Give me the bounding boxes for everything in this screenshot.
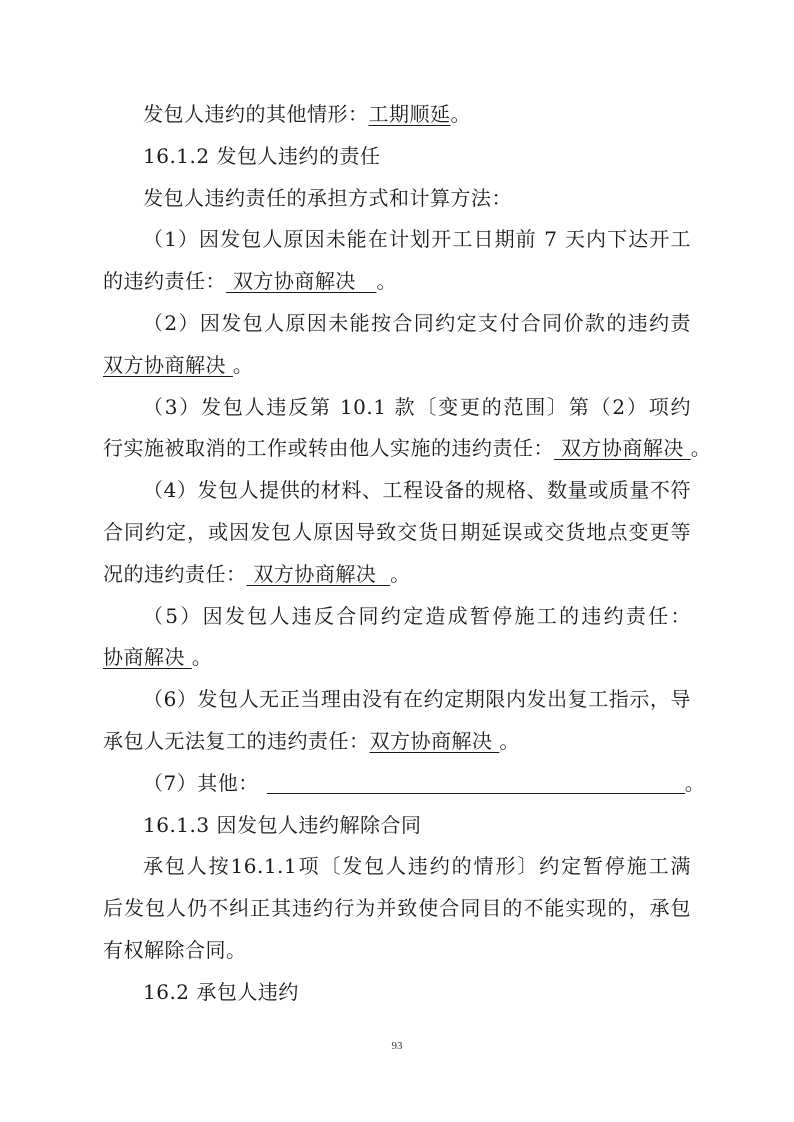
filled-field: 协商解决 <box>103 645 192 669</box>
item-4-line-1: （4）发包人提供的材料、工程设备的规格、数量或质量不符合 <box>103 470 691 512</box>
period: 。 <box>499 729 520 753</box>
item-5-line-1: （5）因发包人违反合同约定造成暂停施工的违约责任： 双方 <box>103 596 691 638</box>
filled-field: 双方协商解决 <box>370 729 500 753</box>
period: 。 <box>192 645 213 669</box>
period: 。 <box>685 771 706 795</box>
item-7-other: （7）其他：。 <box>103 763 691 805</box>
paragraph-termination-line-2: 后发包人仍不纠正其违约行为并致使合同目的不能实现的，承包人 <box>103 888 691 930</box>
label-text: （5）因发包人违反合同约定造成暂停施工的违约责任： <box>143 604 691 628</box>
period: 。 <box>390 562 411 586</box>
filled-field: 双方协商解决 <box>554 436 691 460</box>
item-5-line-2: 协商解决 。 <box>103 637 691 679</box>
label-text: 行实施被取消的工作或转由他人实施的违约责任： <box>103 436 554 460</box>
item-6-line-1: （6）发包人无正当理由没有在约定期限内发出复工指示，导致 <box>103 679 691 721</box>
label-text: 的违约责任： <box>103 269 226 293</box>
item-4-line-2: 合同约定，或因发包人原因导致交货日期延误或交货地点变更等情 <box>103 512 691 554</box>
label-text: （7）其他： <box>143 771 259 795</box>
filled-field: 双方协商解决 <box>247 562 391 586</box>
paragraph-other-breach-cases: 发包人违约的其他情形：工期顺延。 <box>103 94 691 136</box>
item-2-line-1: （2）因发包人原因未能按合同约定支付合同价款的违约责任： <box>103 303 691 345</box>
item-1-line-1: （1）因发包人原因未能在计划开工日期前 7 天内下达开工通知 <box>103 219 691 261</box>
page-number: 93 <box>0 1040 794 1052</box>
filled-field: 双方协商解决 <box>226 269 376 293</box>
blank-field-other <box>267 771 685 794</box>
section-heading-16-1-2: 16.1.2 发包人违约的责任 <box>103 136 691 178</box>
label-text: 况的违约责任： <box>103 562 247 586</box>
item-1-line-2: 的违约责任： 双方协商解决 。 <box>103 261 691 303</box>
item-6-line-2: 承包人无法复工的违约责任：双方协商解决 。 <box>103 721 691 763</box>
section-heading-16-2: 16.2 承包人违约 <box>103 972 691 1014</box>
period: 。 <box>376 269 397 293</box>
paragraph-termination-line-3: 有权解除合同。 <box>103 930 691 972</box>
filled-field: 工期顺延 <box>369 102 451 126</box>
document-body: 发包人违约的其他情形：工期顺延。 16.1.2 发包人违约的责任 发包人违约责任… <box>103 94 691 1014</box>
paragraph-liability-method: 发包人违约责任的承担方式和计算方法： <box>103 178 691 220</box>
item-3-line-2: 行实施被取消的工作或转由他人实施的违约责任： 双方协商解决 。 <box>103 428 691 470</box>
label-text: 承包人按16.1.1项〔发包人违约的情形〕约定暂停施工满 <box>143 854 691 878</box>
item-2-line-2: 双方协商解决 。 <box>103 345 691 387</box>
label-text: 承包人无法复工的违约责任： <box>103 729 370 753</box>
document-page: 发包人违约的其他情形：工期顺延。 16.1.2 发包人违约的责任 发包人违约责任… <box>0 0 794 1122</box>
period: 。 <box>233 353 254 377</box>
label-text: 发包人违约的其他情形： <box>143 102 369 126</box>
item-4-line-3: 况的违约责任： 双方协商解决 。 <box>103 554 691 596</box>
filled-field: 双方协商解决 <box>103 353 233 377</box>
paragraph-termination-line-1: 承包人按16.1.1项〔发包人违约的情形〕约定暂停施工满天 <box>103 846 691 888</box>
section-heading-16-1-3: 16.1.3 因发包人违约解除合同 <box>103 805 691 847</box>
item-3-line-1: （3）发包人违反第 10.1 款〔变更的范围〕第（2）项约定，自 <box>103 387 691 429</box>
period: 。 <box>451 102 472 126</box>
period: 。 <box>691 436 712 460</box>
